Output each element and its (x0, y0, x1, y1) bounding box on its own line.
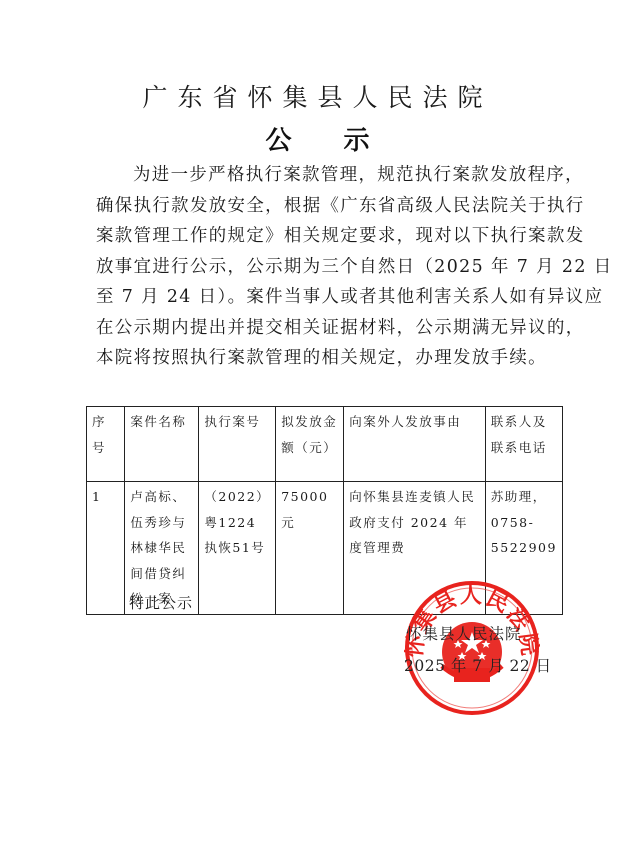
header-case-number: 执行案号 (199, 407, 276, 482)
doc-type-char: 示 (344, 120, 370, 157)
header-contact: 联系人及联系电话 (485, 407, 562, 482)
table-header-row: 序号 案件名称 执行案号 拟发放金额（元） 向案外人发放事由 联系人及联系电话 (87, 407, 563, 482)
closing-remark: 特此公示 (129, 592, 193, 613)
doc-type-heading: 公示 (0, 120, 635, 157)
body-line: 本院将按照执行案款管理的相关规定，办理发放手续。 (96, 343, 552, 374)
header-reason: 向案外人发放事由 (344, 407, 486, 482)
body-line: 至 7 月 24 日）。案件当事人或者其他利害关系人如有异议应 (96, 282, 552, 313)
cell-index: 1 (87, 482, 125, 615)
notice-body: 为进一步严格执行案款管理，规范执行案款发放程序， 确保执行款发放安全，根据《广东… (96, 160, 552, 374)
header-amount: 拟发放金额（元） (276, 407, 344, 482)
body-line: 为进一步严格执行案款管理，规范执行案款发放程序， (96, 160, 552, 191)
cell-amount: 75000 元 (276, 482, 344, 615)
signature-date: 2025 年 7 月 22 日 (404, 654, 552, 676)
court-name-heading: 广东省怀集县人民法院 (0, 78, 635, 114)
body-line: 在公示期内提出并提交相关证据材料，公示期满无异议的， (96, 313, 552, 344)
body-line: 确保执行款发放安全，根据《广东省高级人民法院关于执行 (96, 191, 552, 222)
body-line: 放事宜进行公示，公示期为三个自然日（2025 年 7 月 22 日 (96, 252, 552, 283)
doc-type-char: 公 (265, 120, 291, 157)
header-index: 序号 (87, 407, 125, 482)
header-case-name: 案件名称 (125, 407, 199, 482)
court-seal-icon: 怀集县人民法院 (404, 580, 540, 716)
cell-case-number: （2022）粤1224 执恢51号 (199, 482, 276, 615)
signature-org: 怀集县人民法院 (406, 622, 522, 644)
body-line: 案款管理工作的规定》相关规定要求，现对以下执行案款发 (96, 221, 552, 252)
